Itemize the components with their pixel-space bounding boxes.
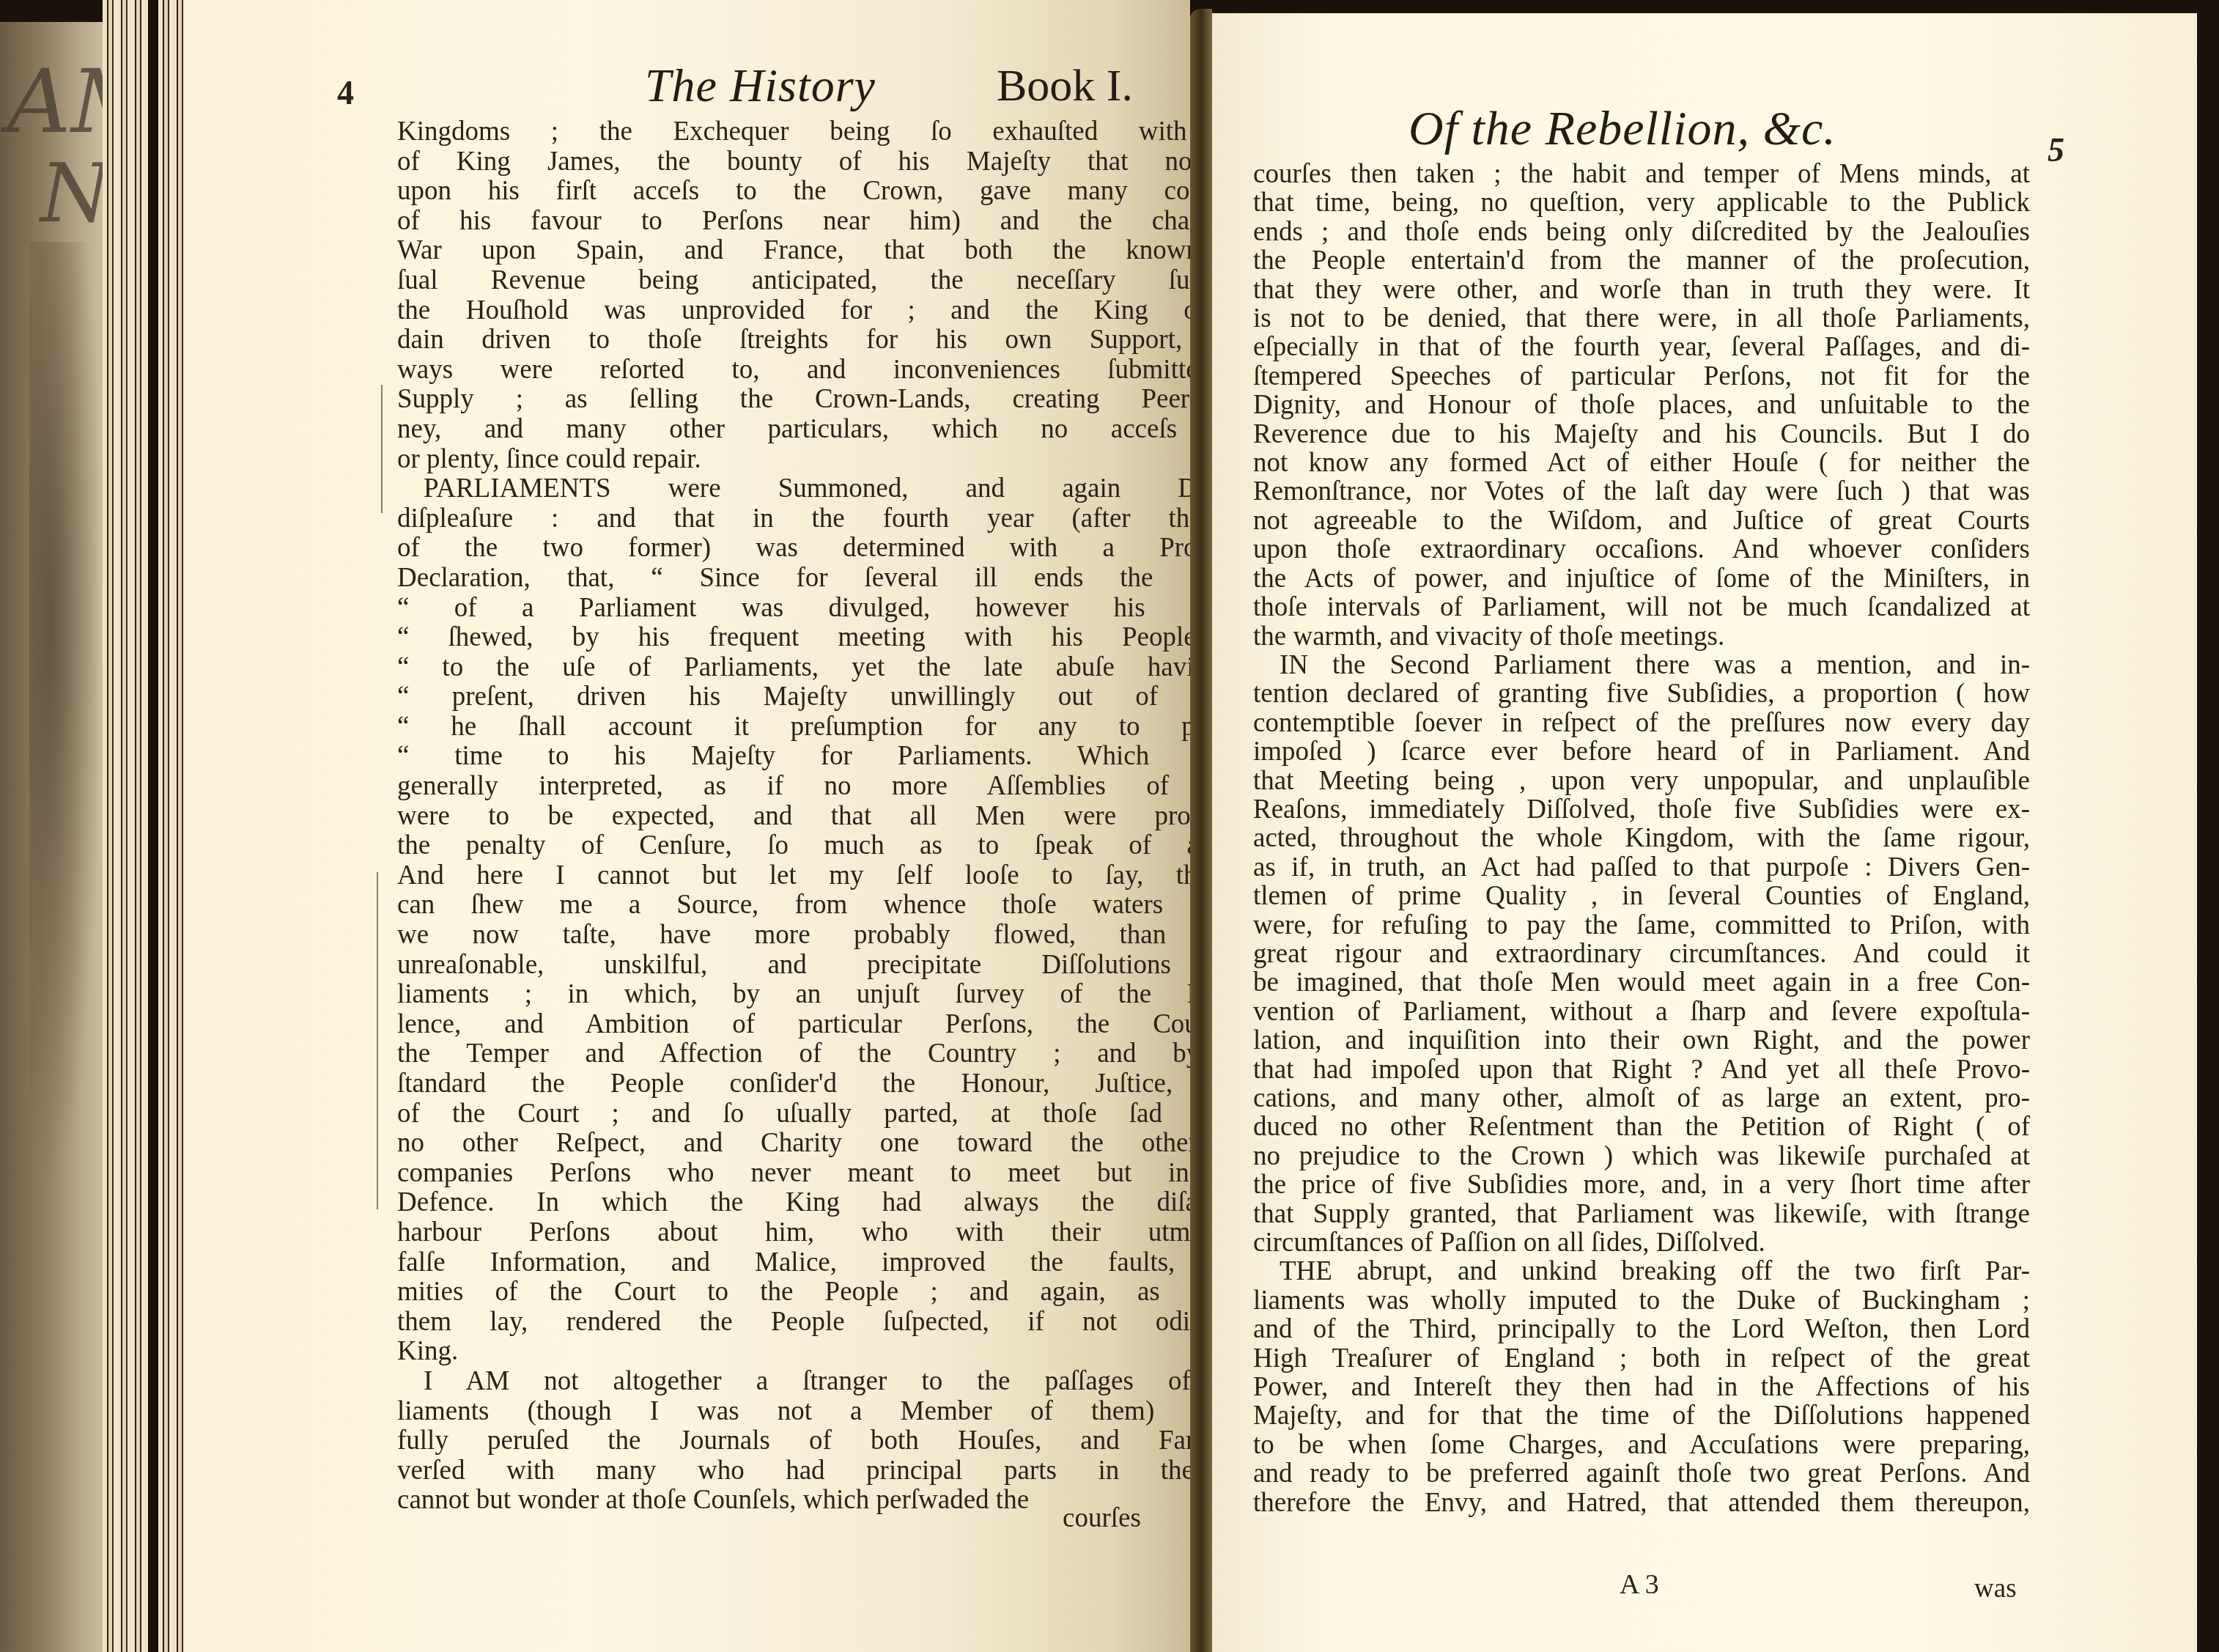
margin-bracket [381,385,383,513]
text-line: liaments was wholly imputed to the Duke … [1253,1286,2030,1315]
text-line: not know any formed Act of either Houſe … [1253,449,2030,477]
page-edges-shadow [148,0,158,1652]
text-line: Reaſons, immediately Diſſolved, thoſe fi… [1253,795,2030,824]
page-number: 5 [2048,130,2064,169]
text-line: impoſed ) ſcarce ever before heard of in… [1253,737,2030,766]
signature-mark: A 3 [1620,1568,1659,1601]
right-edge-shadow [2197,0,2219,1652]
text-line: ſtempered Speeches of particular Perſons… [1253,362,2030,391]
running-head-title: The History [645,59,876,113]
running-head-book: Book I. [997,60,1133,112]
catchword: was [1974,1573,2017,1604]
text-line: cations, and many other, almoſt of as la… [1253,1084,2030,1113]
text-line: Reverence due to his Majeſty and his Cou… [1253,420,2030,449]
book-scan: AM N 4 The History Book I. Kingdoms ; th… [0,0,2219,1652]
text-line: therefore the Envy, and Hatred, that att… [1253,1489,2030,1517]
text-line: contemptible ſoever in reſpect of the pr… [1253,709,2030,737]
text-line: that Supply granted, that Parliament was… [1253,1200,2030,1228]
text-line: courſes then taken ; the habit and tempe… [1253,160,2030,188]
text-line: High Treaſurer of England ; both in reſp… [1253,1344,2030,1373]
text-line: and ready to be preferred againſt thoſe … [1253,1459,2030,1488]
text-line: tention declared of granting five Subſid… [1253,679,2030,708]
text-line: no prejudice to the Crown ) which was li… [1253,1142,2030,1170]
text-line: the Acts of power, and injuſtice of ſome… [1253,564,2030,593]
text-line: to be when ſome Charges, and Accuſations… [1253,1431,2030,1459]
text-line: as if, in truth, an Act had paſſed to th… [1253,853,2030,882]
text-line: thoſe intervals of Parliament, will not … [1253,593,2030,622]
catchword: courſes [1063,1502,1141,1534]
text-line: lation, and inquiſition into their own R… [1253,1026,2030,1055]
text-line: were, for refuſing to pay the ſame, comm… [1253,911,2030,940]
text-line: THE abrupt, and unkind breaking off the … [1253,1257,2030,1286]
text-line: Dignity, and Honour of thoſe places, and… [1253,391,2030,419]
right-page: Of the Rebellion, &c. 5 courſes then tak… [1212,13,2198,1652]
running-head-title: Of the Rebellion, &c. [1408,101,1836,157]
text-line: vention of Parliament, without a ſharp a… [1253,998,2030,1026]
text-line: is not to be denied, that there were, in… [1253,304,2030,333]
gutter [1190,9,1212,1652]
previous-leaf: AM N [0,22,106,1652]
text-line: that time, being, no queſtion, very appl… [1253,188,2030,217]
left-page: 4 The History Book I. Kingdoms ; the Exc… [185,0,1190,1652]
text-line: acted, throughout the whole Kingdom, wit… [1253,824,2030,852]
text-line: that they were other, and worſe than in … [1253,276,2030,304]
text-line: Majeſty, and for that the time of the Di… [1253,1401,2030,1430]
text-line: duced no other Reſentment than the Petit… [1253,1113,2030,1141]
text-line: the People entertain'd from the manner o… [1253,246,2030,275]
text-line: Power, and Intereſt they then had in the… [1253,1373,2030,1401]
text-line: upon thoſe extraordinary occaſions. And … [1253,535,2030,564]
text-line: ends ; and thoſe ends being only diſcred… [1253,218,2030,246]
text-line: Remonſtrance, nor Votes of the laſt day … [1253,477,2030,506]
text-line: tlemen of prime Quality , in ſeveral Cou… [1253,882,2030,910]
text-line: IN the Second Parliament there was a men… [1253,651,2030,679]
text-line: great rigour and extraordinary circumſta… [1253,940,2030,968]
text-line: not agreeable to the Wiſdom, and Juſtice… [1253,506,2030,535]
text-line: the warmth, and vivacity of thoſe meetin… [1253,622,2030,651]
page-number: 4 [337,73,354,112]
right-text-column: courſes then taken ; the habit and tempe… [1253,160,2030,1517]
text-line: circumſtances of Paſſion on all ſides, D… [1253,1228,2030,1257]
text-line: that Meeting being , upon very unpopular… [1253,767,2030,795]
text-line: eſpecially in that of the fourth year, ſ… [1253,333,2030,361]
text-line: be imagined, that thoſe Men would meet a… [1253,968,2030,997]
text-line: the price of five Subſidies more, and, i… [1253,1170,2030,1199]
marginalia-handwriting-2: N [40,147,111,240]
margin-bracket [377,872,378,1209]
page-edges [103,0,185,1652]
text-line: and of the Third, principally to the Lor… [1253,1315,2030,1343]
water-stain [29,242,103,1195]
text-line: that had impoſed upon that Right ? And y… [1253,1055,2030,1084]
